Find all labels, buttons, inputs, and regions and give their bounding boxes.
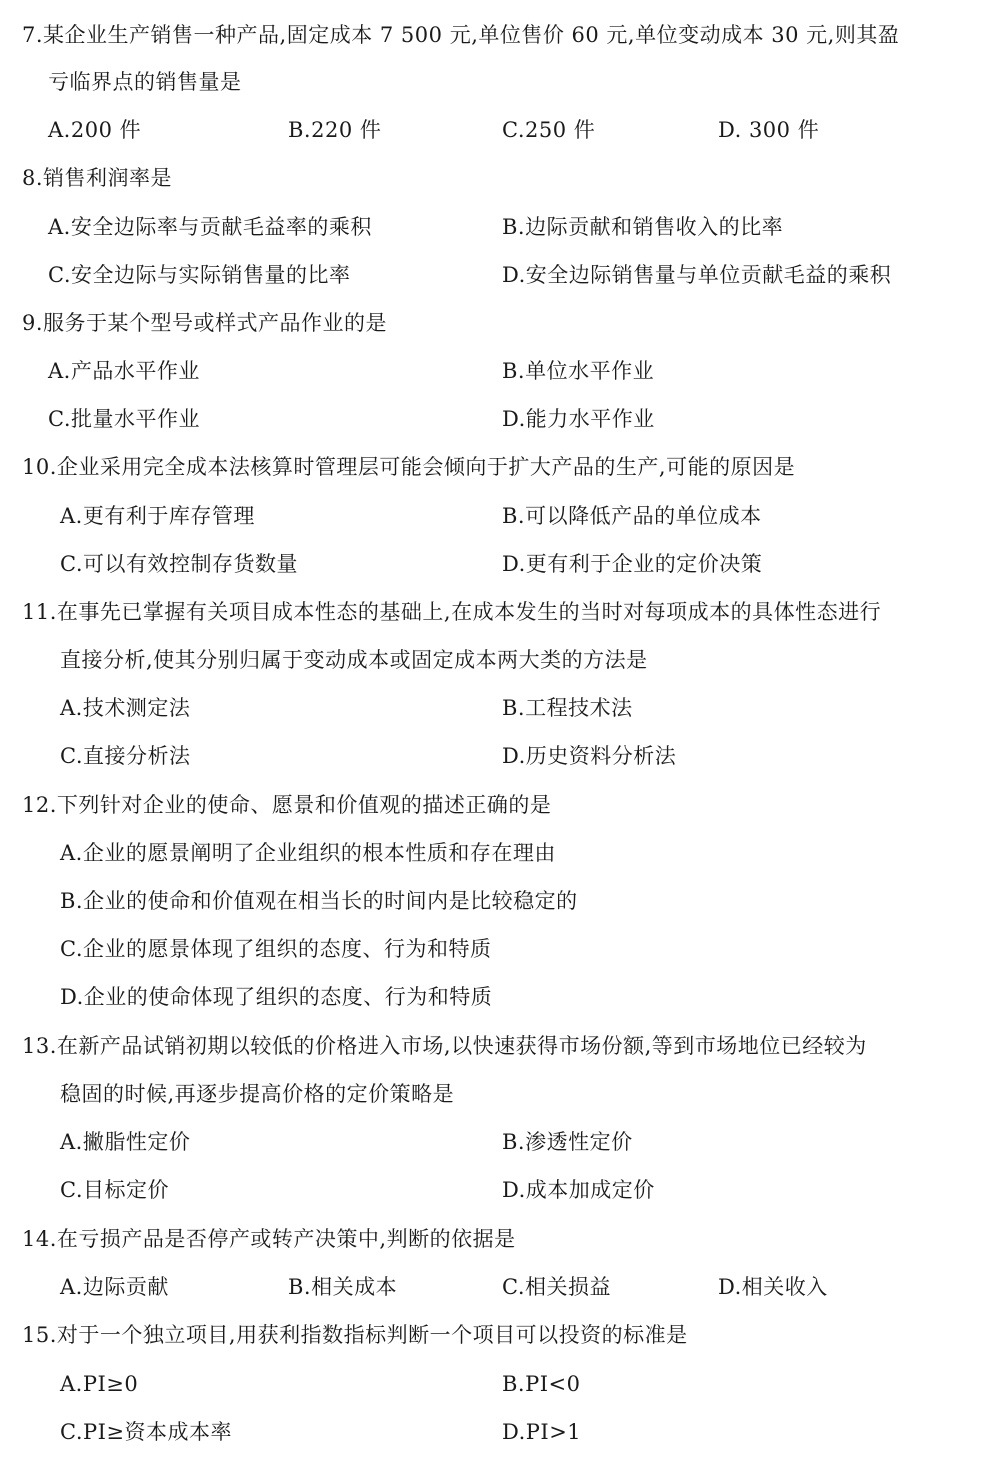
question-10-option-b[interactable]: B.可以降低产品的单位成本	[502, 492, 762, 540]
question-9-option-b[interactable]: B.单位水平作业	[502, 347, 654, 395]
question-9-stem: 9.服务于某个型号或样式产品作业的是	[22, 299, 387, 347]
option-text: 安全边际销售量与单位贡献毛益的乘积	[526, 263, 892, 287]
option-text: 更有利于企业的定价决策	[526, 552, 763, 576]
option-text: 可以降低产品的单位成本	[525, 504, 762, 528]
option-text: 边际贡献	[83, 1275, 169, 1299]
question-8-option-a[interactable]: A.安全边际率与贡献毛益率的乘积	[48, 203, 372, 251]
option-letter: A.	[60, 1372, 83, 1396]
option-text: 250 件	[525, 118, 595, 142]
option-text: PI≥资本成本率	[83, 1420, 232, 1444]
question-11-stem-line-1: 11.在事先已掌握有关项目成本性态的基础上,在成本发生的当时对每项成本的具体性态…	[22, 588, 881, 636]
option-text: 边际贡献和销售收入的比率	[525, 215, 783, 239]
question-number: 13.	[22, 1022, 57, 1070]
option-letter: C.	[60, 937, 83, 961]
question-11-option-b[interactable]: B.工程技术法	[502, 684, 633, 732]
question-11-option-d[interactable]: D.历史资料分析法	[502, 732, 676, 780]
option-letter: C.	[502, 118, 525, 142]
option-letter: B.	[502, 1372, 525, 1396]
question-number: 7.	[22, 11, 43, 59]
option-letter: C.	[60, 1178, 83, 1202]
option-text: PI≥0	[83, 1372, 138, 1396]
option-text: 能力水平作业	[526, 407, 655, 431]
option-text: 撇脂性定价	[83, 1130, 191, 1154]
option-letter: D.	[502, 552, 526, 576]
option-text: 相关收入	[742, 1275, 828, 1299]
question-8-option-d[interactable]: D.安全边际销售量与单位贡献毛益的乘积	[502, 251, 891, 299]
option-text: 目标定价	[83, 1178, 169, 1202]
question-8-option-b[interactable]: B.边际贡献和销售收入的比率	[502, 203, 783, 251]
question-13-stem-line-1: 13.在新产品试销初期以较低的价格进入市场,以快速获得市场份额,等到市场地位已经…	[22, 1022, 867, 1070]
option-text: 产品水平作业	[71, 359, 200, 383]
option-letter: B.	[502, 504, 525, 528]
option-letter: D.	[502, 407, 526, 431]
question-number: 12.	[22, 781, 57, 829]
option-letter: D.	[718, 1275, 742, 1299]
question-number: 15.	[22, 1311, 57, 1359]
option-letter: C.	[60, 1420, 83, 1444]
option-letter: C.	[60, 552, 83, 576]
question-stem-text: 在事先已掌握有关项目成本性态的基础上,在成本发生的当时对每项成本的具体性态进行	[57, 600, 881, 624]
question-stem-text: 在亏损产品是否停产或转产决策中,判断的依据是	[57, 1227, 516, 1251]
option-text: 可以有效控制存货数量	[83, 552, 298, 576]
option-text: 直接分析法	[83, 744, 191, 768]
option-text: PI<0	[525, 1372, 580, 1396]
question-7-option-b[interactable]: B.220 件	[288, 106, 381, 154]
option-letter: A.	[60, 504, 83, 528]
option-text: 220 件	[311, 118, 381, 142]
option-text: 企业的使命和价值观在相当长的时间内是比较稳定的	[83, 889, 578, 913]
question-stem-text: 在新产品试销初期以较低的价格进入市场,以快速获得市场份额,等到市场地位已经较为	[57, 1034, 867, 1058]
question-15-option-a[interactable]: A.PI≥0	[60, 1360, 138, 1408]
option-letter: D.	[502, 263, 526, 287]
question-stem-text: 某企业生产销售一种产品,固定成本 7 500 元,单位售价 60 元,单位变动成…	[43, 23, 899, 47]
question-13-option-d[interactable]: D.成本加成定价	[502, 1166, 655, 1214]
option-letter: B.	[288, 1275, 311, 1299]
question-14-option-c[interactable]: C.相关损益	[502, 1263, 611, 1311]
exam-page: 7.某企业生产销售一种产品,固定成本 7 500 元,单位售价 60 元,单位变…	[0, 0, 1000, 1461]
option-letter: D.	[718, 118, 742, 142]
question-stem-text: 服务于某个型号或样式产品作业的是	[43, 311, 387, 335]
option-letter: B.	[502, 696, 525, 720]
question-9-option-c[interactable]: C.批量水平作业	[48, 395, 200, 443]
option-letter: A.	[48, 359, 71, 383]
question-7-option-a[interactable]: A.200 件	[48, 106, 141, 154]
question-15-option-c[interactable]: C.PI≥资本成本率	[60, 1408, 232, 1456]
question-12-option-d[interactable]: D.企业的使命体现了组织的态度、行为和特质	[60, 973, 492, 1021]
question-number: 8.	[22, 154, 43, 202]
question-number: 11.	[22, 588, 57, 636]
option-letter: A.	[60, 841, 83, 865]
option-letter: A.	[60, 1275, 83, 1299]
option-text: 成本加成定价	[526, 1178, 655, 1202]
option-text: 历史资料分析法	[526, 744, 677, 768]
question-10-option-c[interactable]: C.可以有效控制存货数量	[60, 540, 298, 588]
question-number: 10.	[22, 443, 57, 491]
question-13-option-a[interactable]: A.撇脂性定价	[60, 1118, 190, 1166]
question-12-option-c[interactable]: C.企业的愿景体现了组织的态度、行为和特质	[60, 925, 492, 973]
question-9-option-d[interactable]: D.能力水平作业	[502, 395, 655, 443]
question-14-option-d[interactable]: D.相关收入	[718, 1263, 828, 1311]
question-11-option-c[interactable]: C.直接分析法	[60, 732, 191, 780]
question-15-option-d[interactable]: D.PI>1	[502, 1408, 581, 1456]
option-text: 安全边际率与贡献毛益率的乘积	[71, 215, 372, 239]
option-letter: B.	[288, 118, 311, 142]
option-text: 批量水平作业	[71, 407, 200, 431]
option-letter: C.	[60, 744, 83, 768]
question-15-stem: 15.对于一个独立项目,用获利指数指标判断一个项目可以投资的标准是	[22, 1311, 688, 1359]
option-text: 200 件	[71, 118, 141, 142]
option-letter: C.	[502, 1275, 525, 1299]
option-letter: D.	[502, 1420, 526, 1444]
question-8-option-c[interactable]: C.安全边际与实际销售量的比率	[48, 251, 351, 299]
option-text: PI>1	[526, 1420, 581, 1444]
question-11-stem-line-2: 直接分析,使其分别归属于变动成本或固定成本两大类的方法是	[60, 636, 648, 684]
question-stem-text: 企业采用完全成本法核算时管理层可能会倾向于扩大产品的生产,可能的原因是	[57, 455, 795, 479]
question-11-option-a[interactable]: A.技术测定法	[60, 684, 190, 732]
option-letter: C.	[48, 407, 71, 431]
option-text: 企业的愿景阐明了企业组织的根本性质和存在理由	[83, 841, 556, 865]
option-text: 相关成本	[311, 1275, 397, 1299]
option-letter: B.	[502, 215, 525, 239]
question-7-stem-line-1: 7.某企业生产销售一种产品,固定成本 7 500 元,单位售价 60 元,单位变…	[22, 11, 899, 59]
option-letter: D.	[60, 985, 84, 1009]
question-8-stem: 8.销售利润率是	[22, 154, 172, 202]
question-stem-text: 下列针对企业的使命、愿景和价值观的描述正确的是	[57, 793, 552, 817]
option-text: 企业的愿景体现了组织的态度、行为和特质	[83, 937, 492, 961]
option-text: 单位水平作业	[525, 359, 654, 383]
question-number: 14.	[22, 1215, 57, 1263]
question-stem-text: 对于一个独立项目,用获利指数指标判断一个项目可以投资的标准是	[57, 1323, 688, 1347]
option-text: 工程技术法	[525, 696, 633, 720]
question-7-stem-line-2: 亏临界点的销售量是	[48, 58, 242, 106]
option-letter: A.	[60, 696, 83, 720]
option-letter: B.	[502, 1130, 525, 1154]
question-14-option-a[interactable]: A.边际贡献	[60, 1263, 169, 1311]
option-text: 技术测定法	[83, 696, 191, 720]
question-13-option-c[interactable]: C.目标定价	[60, 1166, 169, 1214]
option-letter: B.	[502, 359, 525, 383]
question-number: 9.	[22, 299, 43, 347]
question-7-option-c[interactable]: C.250 件	[502, 106, 595, 154]
question-10-option-d[interactable]: D.更有利于企业的定价决策	[502, 540, 762, 588]
question-7-option-d[interactable]: D. 300 件	[718, 106, 819, 154]
question-12-option-b[interactable]: B.企业的使命和价值观在相当长的时间内是比较稳定的	[60, 877, 578, 925]
question-13-stem-line-2: 稳固的时候,再逐步提高价格的定价策略是	[60, 1070, 454, 1118]
option-letter: A.	[60, 1130, 83, 1154]
option-letter: D.	[502, 744, 526, 768]
question-9-option-a[interactable]: A.产品水平作业	[48, 347, 200, 395]
option-text: 更有利于库存管理	[83, 504, 255, 528]
option-text: 相关损益	[525, 1275, 611, 1299]
question-14-stem: 14.在亏损产品是否停产或转产决策中,判断的依据是	[22, 1215, 516, 1263]
option-letter: B.	[60, 889, 83, 913]
option-letter: A.	[48, 118, 71, 142]
option-letter: A.	[48, 215, 71, 239]
option-text: 渗透性定价	[525, 1130, 633, 1154]
question-10-stem: 10.企业采用完全成本法核算时管理层可能会倾向于扩大产品的生产,可能的原因是	[22, 443, 795, 491]
question-12-stem: 12.下列针对企业的使命、愿景和价值观的描述正确的是	[22, 781, 551, 829]
question-12-option-a[interactable]: A.企业的愿景阐明了企业组织的根本性质和存在理由	[60, 829, 556, 877]
question-stem-text: 销售利润率是	[43, 166, 172, 190]
option-text: 企业的使命体现了组织的态度、行为和特质	[84, 985, 493, 1009]
option-text: 300 件	[742, 118, 819, 142]
option-text: 安全边际与实际销售量的比率	[71, 263, 351, 287]
option-letter: C.	[48, 263, 71, 287]
question-14-option-b[interactable]: B.相关成本	[288, 1263, 397, 1311]
option-letter: D.	[502, 1178, 526, 1202]
question-15-option-b[interactable]: B.PI<0	[502, 1360, 581, 1408]
question-13-option-b[interactable]: B.渗透性定价	[502, 1118, 633, 1166]
question-10-option-a[interactable]: A.更有利于库存管理	[60, 492, 255, 540]
